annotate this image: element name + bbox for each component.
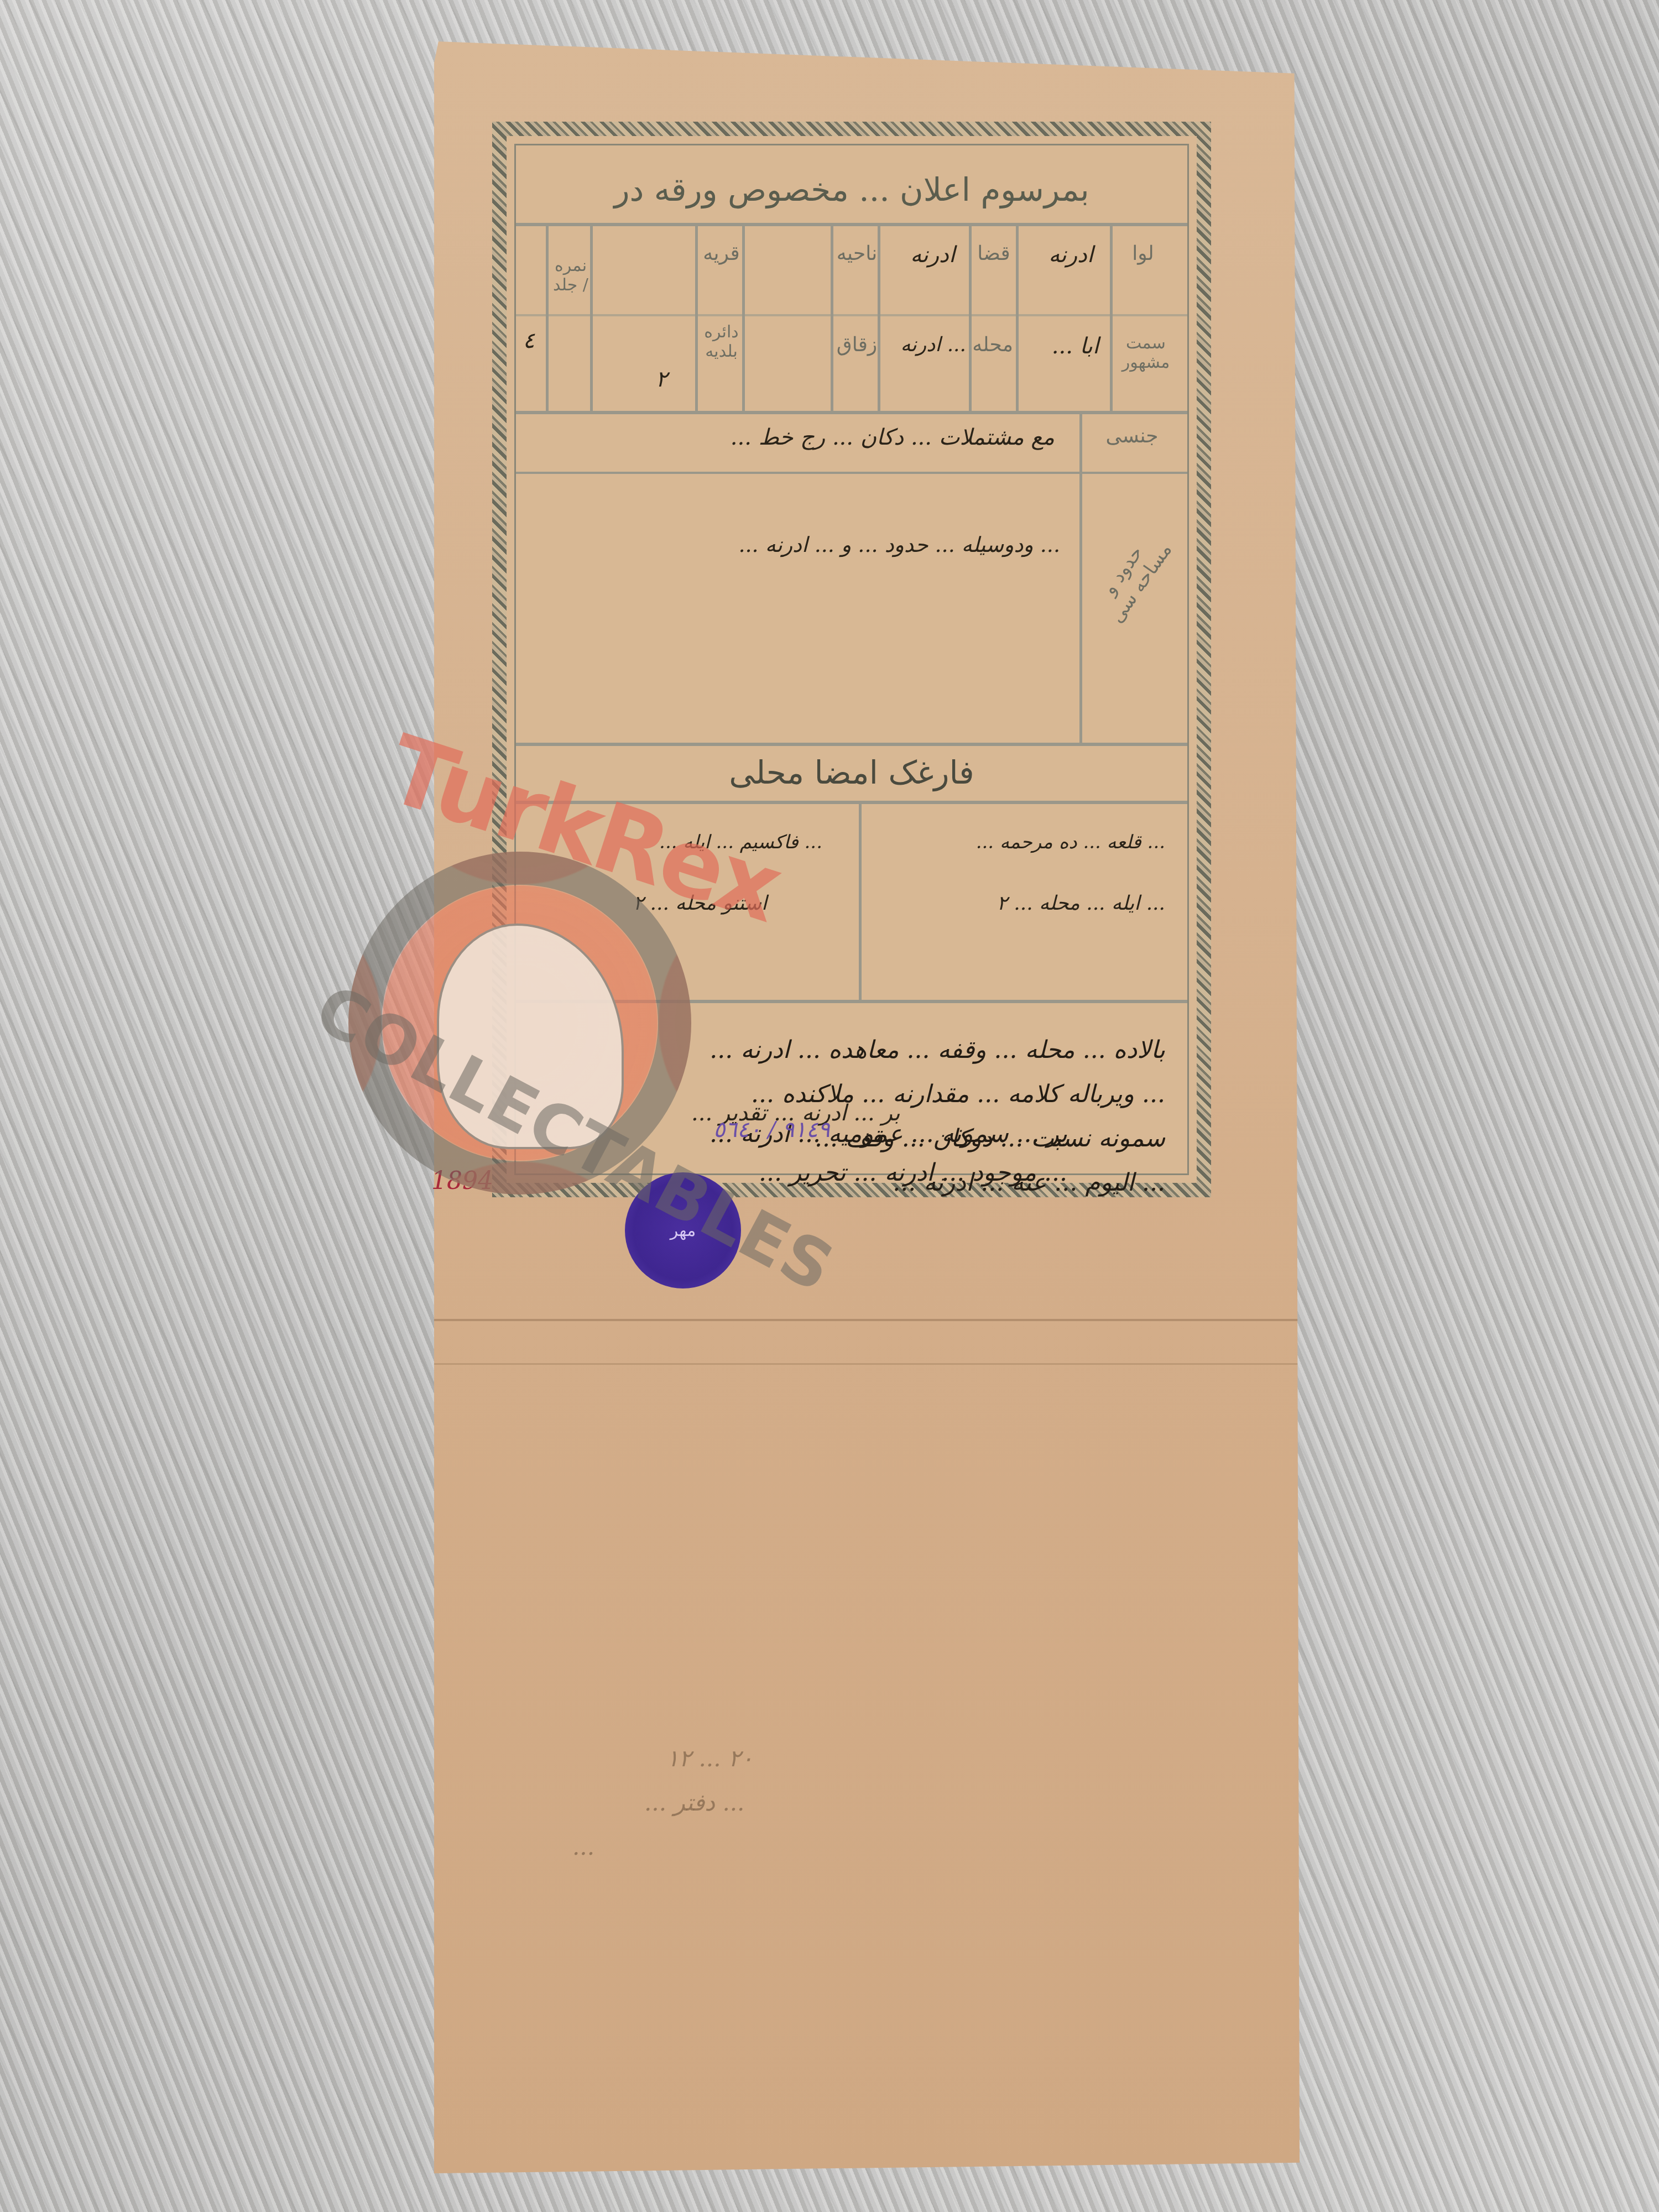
divider [878,223,880,411]
body-line: ... موجود ... ادرنه ... تحریر ... [688,1159,1067,1187]
ornamental-frame: بمرسوم اعلان ... مخصوص ورقه در لوا سمت م… [492,122,1211,1197]
label-numara: نمره / جلد [551,256,590,295]
divider [590,223,593,411]
value-liva: ادرنه [1048,242,1093,268]
divider [1079,411,1082,743]
label-hudud: حدود و مساحه سی [1087,525,1177,628]
divider [1110,223,1113,411]
divider [516,472,1187,474]
divider [516,314,1187,316]
divider [695,223,698,411]
value-daire: ٢ [656,367,667,392]
label-liva: لوا [1115,242,1171,265]
label-kaza: قضا [974,242,1013,265]
divider [516,1000,1187,1003]
label-daire-belediye: دائره بلدیه [701,322,742,361]
divider [859,801,862,1000]
form-grid: بمرسوم اعلان ... مخصوص ورقه در لوا سمت م… [514,144,1189,1175]
fold-line [434,1363,1300,1365]
value-mahalle: ... ادرنه [900,333,966,356]
value-hudud: ... ودوسیله ... حدود ... و ... ادرنه ... [738,533,1060,557]
divider [516,743,1187,746]
fold-line [434,1319,1300,1321]
printed-header-title: بمرسوم اعلان ... مخصوص ورقه در [533,161,1171,219]
value-kaza: ادرنه [910,242,955,268]
label-karye: قریه [701,242,742,265]
signature-right-line2: ... ایله ... محله ... ٢ [997,892,1165,915]
divider [969,223,972,411]
label-nahiye: ناحیه [836,242,878,265]
signature-left-line1: ... فاکسیم ... ایله ... [659,831,822,853]
signature-left-line2: استنو محله ... ٢ [633,892,767,915]
body-line: بالاده ... محله ... وقفه ... معاهده ... … [538,1036,1165,1064]
divider [516,801,1187,804]
value-semt: ابا ... [1052,333,1099,359]
divider [516,411,1187,414]
value-numara: ٤ [523,328,535,353]
signature-right-line1: ... قلعه ... ده مرحمه ... [976,831,1165,853]
red-date-note: 1894 [431,1167,493,1195]
label-mahalle: محله [974,333,1013,356]
seal-icon: مهر [670,1222,696,1240]
divider [831,223,833,411]
divider [516,223,1187,226]
bleed-through-mark: ... [572,1833,594,1860]
value-cinsi: مع مشتملات ... دکان ... رج خط ... [731,425,1055,450]
divider [742,223,745,411]
purple-number-note: ٩١٤٩ / ٥٦٤٠ [713,1117,830,1142]
label-cinsi: جنسی [1088,425,1176,447]
label-semt: سمت مشهور [1115,333,1176,372]
divider [1016,223,1019,411]
label-zokak: زقاق [836,333,878,356]
bleed-through-mark: ... دفتر ... [644,1789,744,1816]
bleed-through-mark: ٢٠ ... ١٢ [666,1745,753,1772]
section-title-signature: فارغک امضا محلی [516,754,1187,791]
divider [546,223,549,411]
official-seal-stamp: مهر [625,1172,741,1288]
